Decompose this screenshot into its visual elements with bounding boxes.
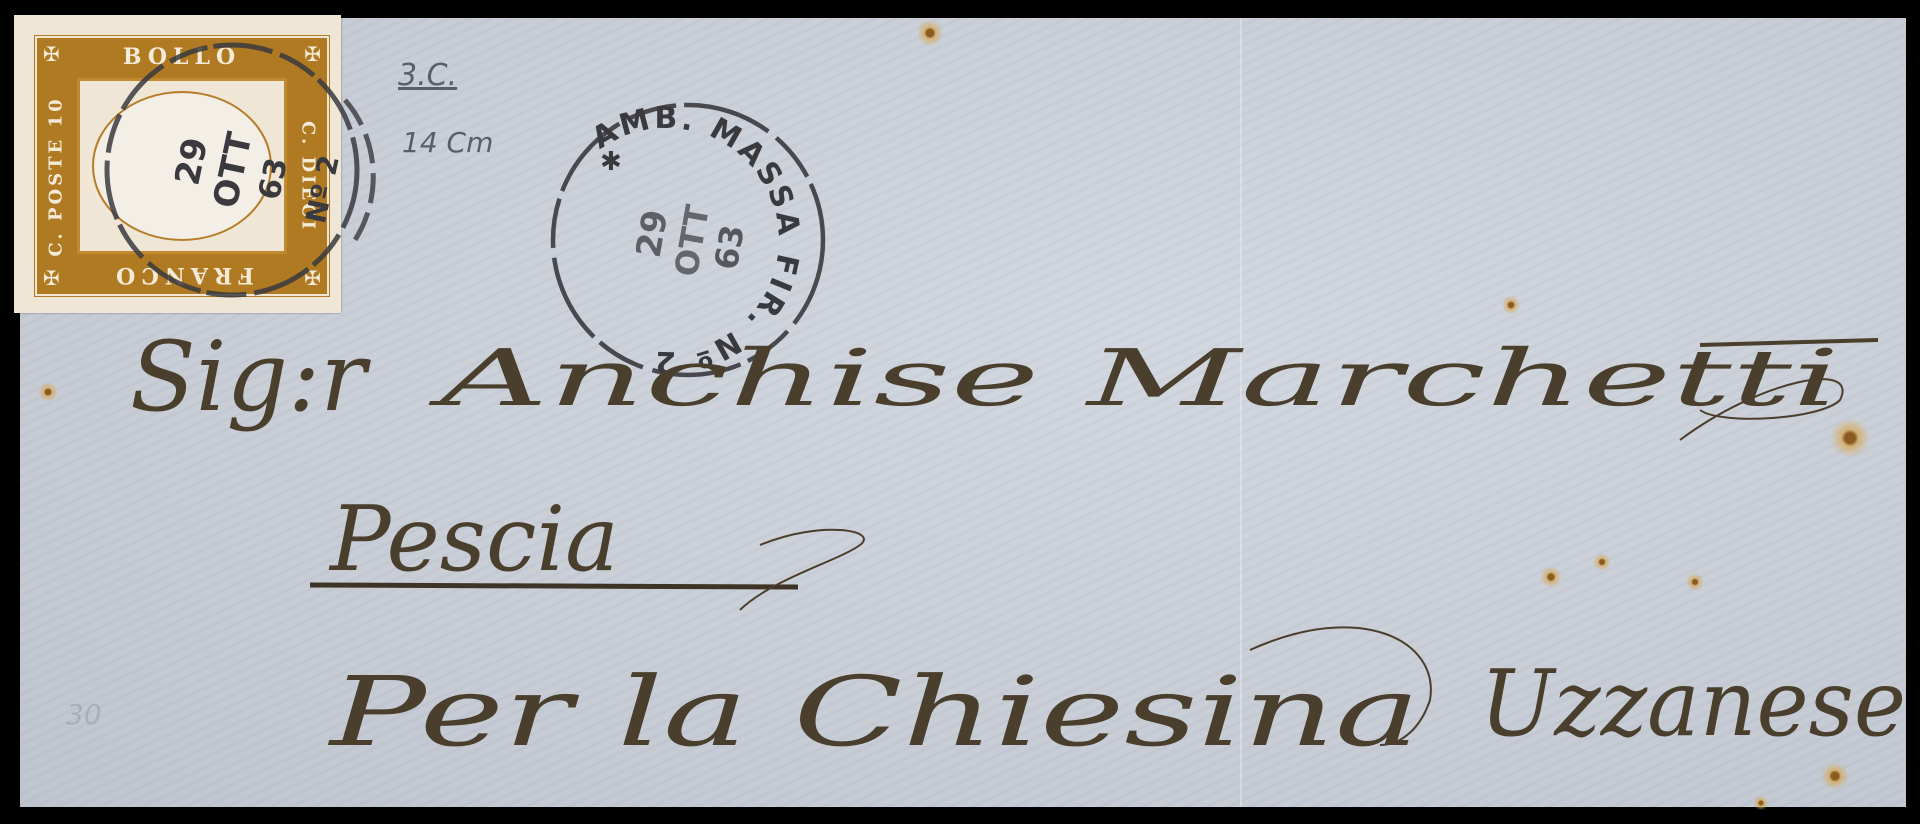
markings-layer: 29 OTT 63 Nº 2 AMB. MASSA FIR. Nº 2 29 O…	[0, 0, 1920, 824]
handwritten-address: Sig:r Anchise Marchetti Pescia Per la Ch…	[130, 321, 1906, 768]
address-salutation: Sig:r	[130, 321, 371, 433]
address-name: Anchise Marchetti	[428, 334, 1840, 424]
svg-text:Nº 2: Nº 2	[299, 152, 346, 226]
city-underline	[310, 585, 798, 587]
svg-text:63: 63	[252, 155, 295, 203]
address-district: Uzzanese	[1480, 650, 1906, 757]
svg-text:OTT: OTT	[667, 202, 717, 279]
address-city: Pescia	[328, 487, 619, 592]
address-route: Per la Chiesina	[327, 656, 1420, 768]
svg-text:29: 29	[629, 207, 677, 261]
postmark-on-stamp: 29 OTT 63 Nº 2	[107, 45, 373, 295]
svg-text:OTT: OTT	[206, 128, 261, 212]
svg-text:29: 29	[167, 134, 216, 189]
svg-text:63: 63	[707, 222, 752, 272]
svg-text:✱: ✱	[600, 147, 622, 177]
